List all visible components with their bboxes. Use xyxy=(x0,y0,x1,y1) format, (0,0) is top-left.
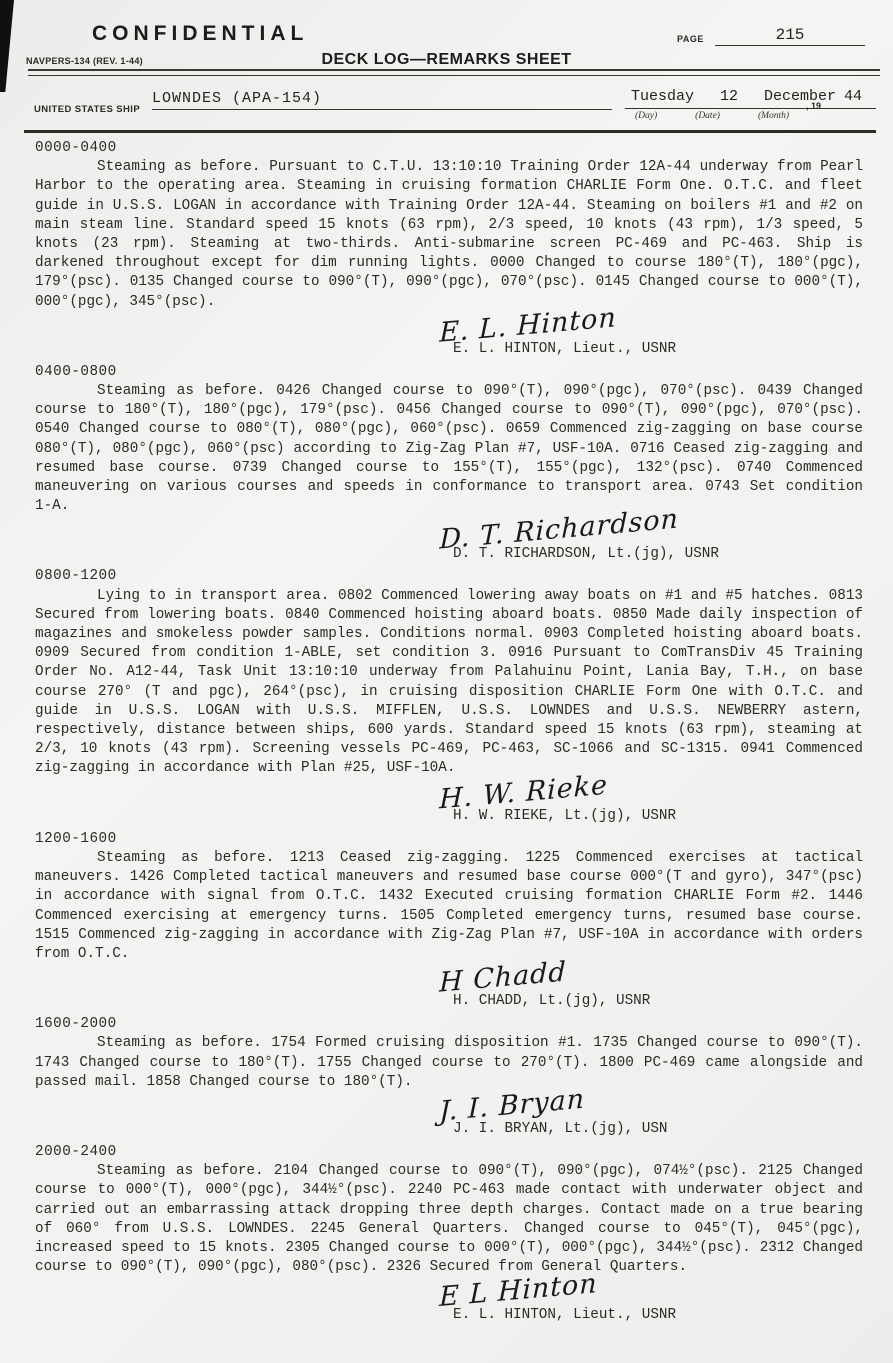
weekday-label: (Day) xyxy=(635,111,657,121)
signature-block: D. T. Richardson D. T. RICHARDSON, Lt.(j… xyxy=(453,517,863,561)
day-label: (Date) xyxy=(695,111,720,121)
log-entry-1200-1600: 1200-1600 Steaming as before. 1213 Cease… xyxy=(35,830,863,1009)
day-value: 12 xyxy=(720,88,738,105)
watch-time-range: 0800-1200 xyxy=(35,567,863,586)
log-entry-0800-1200: 0800-1200 Lying to in transport area. 08… xyxy=(35,567,863,823)
watch-remarks: Steaming as before. 2104 Changed course … xyxy=(35,1162,863,1277)
page-number: 215 xyxy=(715,26,865,46)
watch-time-range: 1600-2000 xyxy=(35,1015,863,1034)
watch-time-range: 0400-0800 xyxy=(35,363,863,382)
scan-artifact xyxy=(0,0,14,92)
deck-log-page: CONFIDENTIAL PAGE 215 NAVPERS-134 (REV. … xyxy=(0,0,893,1363)
log-entry-2000-2400: 2000-2400 Steaming as before. 2104 Chang… xyxy=(35,1143,863,1322)
page-label: PAGE xyxy=(677,34,704,44)
ship-name: LOWNDES (APA-154) xyxy=(152,90,612,110)
weekday-value: Tuesday xyxy=(631,88,694,105)
log-entry-0400-0800: 0400-0800 Steaming as before. 0426 Chang… xyxy=(35,363,863,562)
page-number-field: PAGE 215 xyxy=(715,26,865,46)
log-entry-1600-2000: 1600-2000 Steaming as before. 1754 Forme… xyxy=(35,1015,863,1137)
signature-typed-name: H. CHADD, Lt.(jg), USNR xyxy=(453,993,863,1010)
year-prefix-label: , 19 xyxy=(806,101,821,111)
document-title: DECK LOG—REMARKS SHEET xyxy=(0,51,893,69)
watch-time-range: 2000-2400 xyxy=(35,1143,863,1162)
handwritten-signature: J. I. Bryan xyxy=(439,1086,585,1125)
watch-remarks: Lying to in transport area. 0802 Commenc… xyxy=(35,587,863,779)
signature-typed-name: J. I. BRYAN, Lt.(jg), USN xyxy=(453,1121,863,1138)
watch-time-range: 1200-1600 xyxy=(35,830,863,849)
signature-typed-name: E. L. HINTON, Lieut., USNR xyxy=(453,1307,863,1324)
handwritten-signature: H Chadd xyxy=(439,959,567,996)
log-entry-0000-0400: 0000-0400 Steaming as before. Pursuant t… xyxy=(35,139,863,357)
watch-time-range: 0000-0400 xyxy=(35,139,863,158)
signature-typed-name: H. W. RIEKE, Lt.(jg), USNR xyxy=(453,808,863,825)
handwritten-signature: E L Hinton xyxy=(439,1271,598,1311)
watch-remarks: Steaming as before. 0426 Changed course … xyxy=(35,382,863,516)
classification-stamp: CONFIDENTIAL xyxy=(92,22,308,46)
signature-block: E. L. Hinton E. L. HINTON, Lieut., USNR xyxy=(453,313,863,357)
watch-remarks: Steaming as before. Pursuant to C.T.U. 1… xyxy=(35,158,863,312)
year-value: 44 xyxy=(830,88,876,109)
watch-remarks: Steaming as before. 1213 Ceased zig-zagg… xyxy=(35,849,863,964)
year-field: , 19 44 xyxy=(806,88,876,109)
signature-block: H. W. Rieke H. W. RIEKE, Lt.(jg), USNR xyxy=(453,780,863,824)
thick-rule xyxy=(24,130,876,133)
log-body: 0000-0400 Steaming as before. Pursuant t… xyxy=(35,139,863,1328)
ship-label: UNITED STATES SHIP xyxy=(34,104,140,115)
date-labels: (Day) (Date) (Month) xyxy=(625,109,860,121)
signature-typed-name: E. L. HINTON, Lieut., USNR xyxy=(453,341,863,358)
signature-block: H Chadd H. CHADD, Lt.(jg), USNR xyxy=(453,965,863,1009)
double-rule xyxy=(28,69,880,76)
signature-block: J. I. Bryan J. I. BRYAN, Lt.(jg), USN xyxy=(453,1093,863,1137)
watch-remarks: Steaming as before. 1754 Formed cruising… xyxy=(35,1034,863,1092)
month-label: (Month) xyxy=(758,111,789,121)
signature-block: E L Hinton E. L. HINTON, Lieut., USNR xyxy=(453,1278,863,1322)
